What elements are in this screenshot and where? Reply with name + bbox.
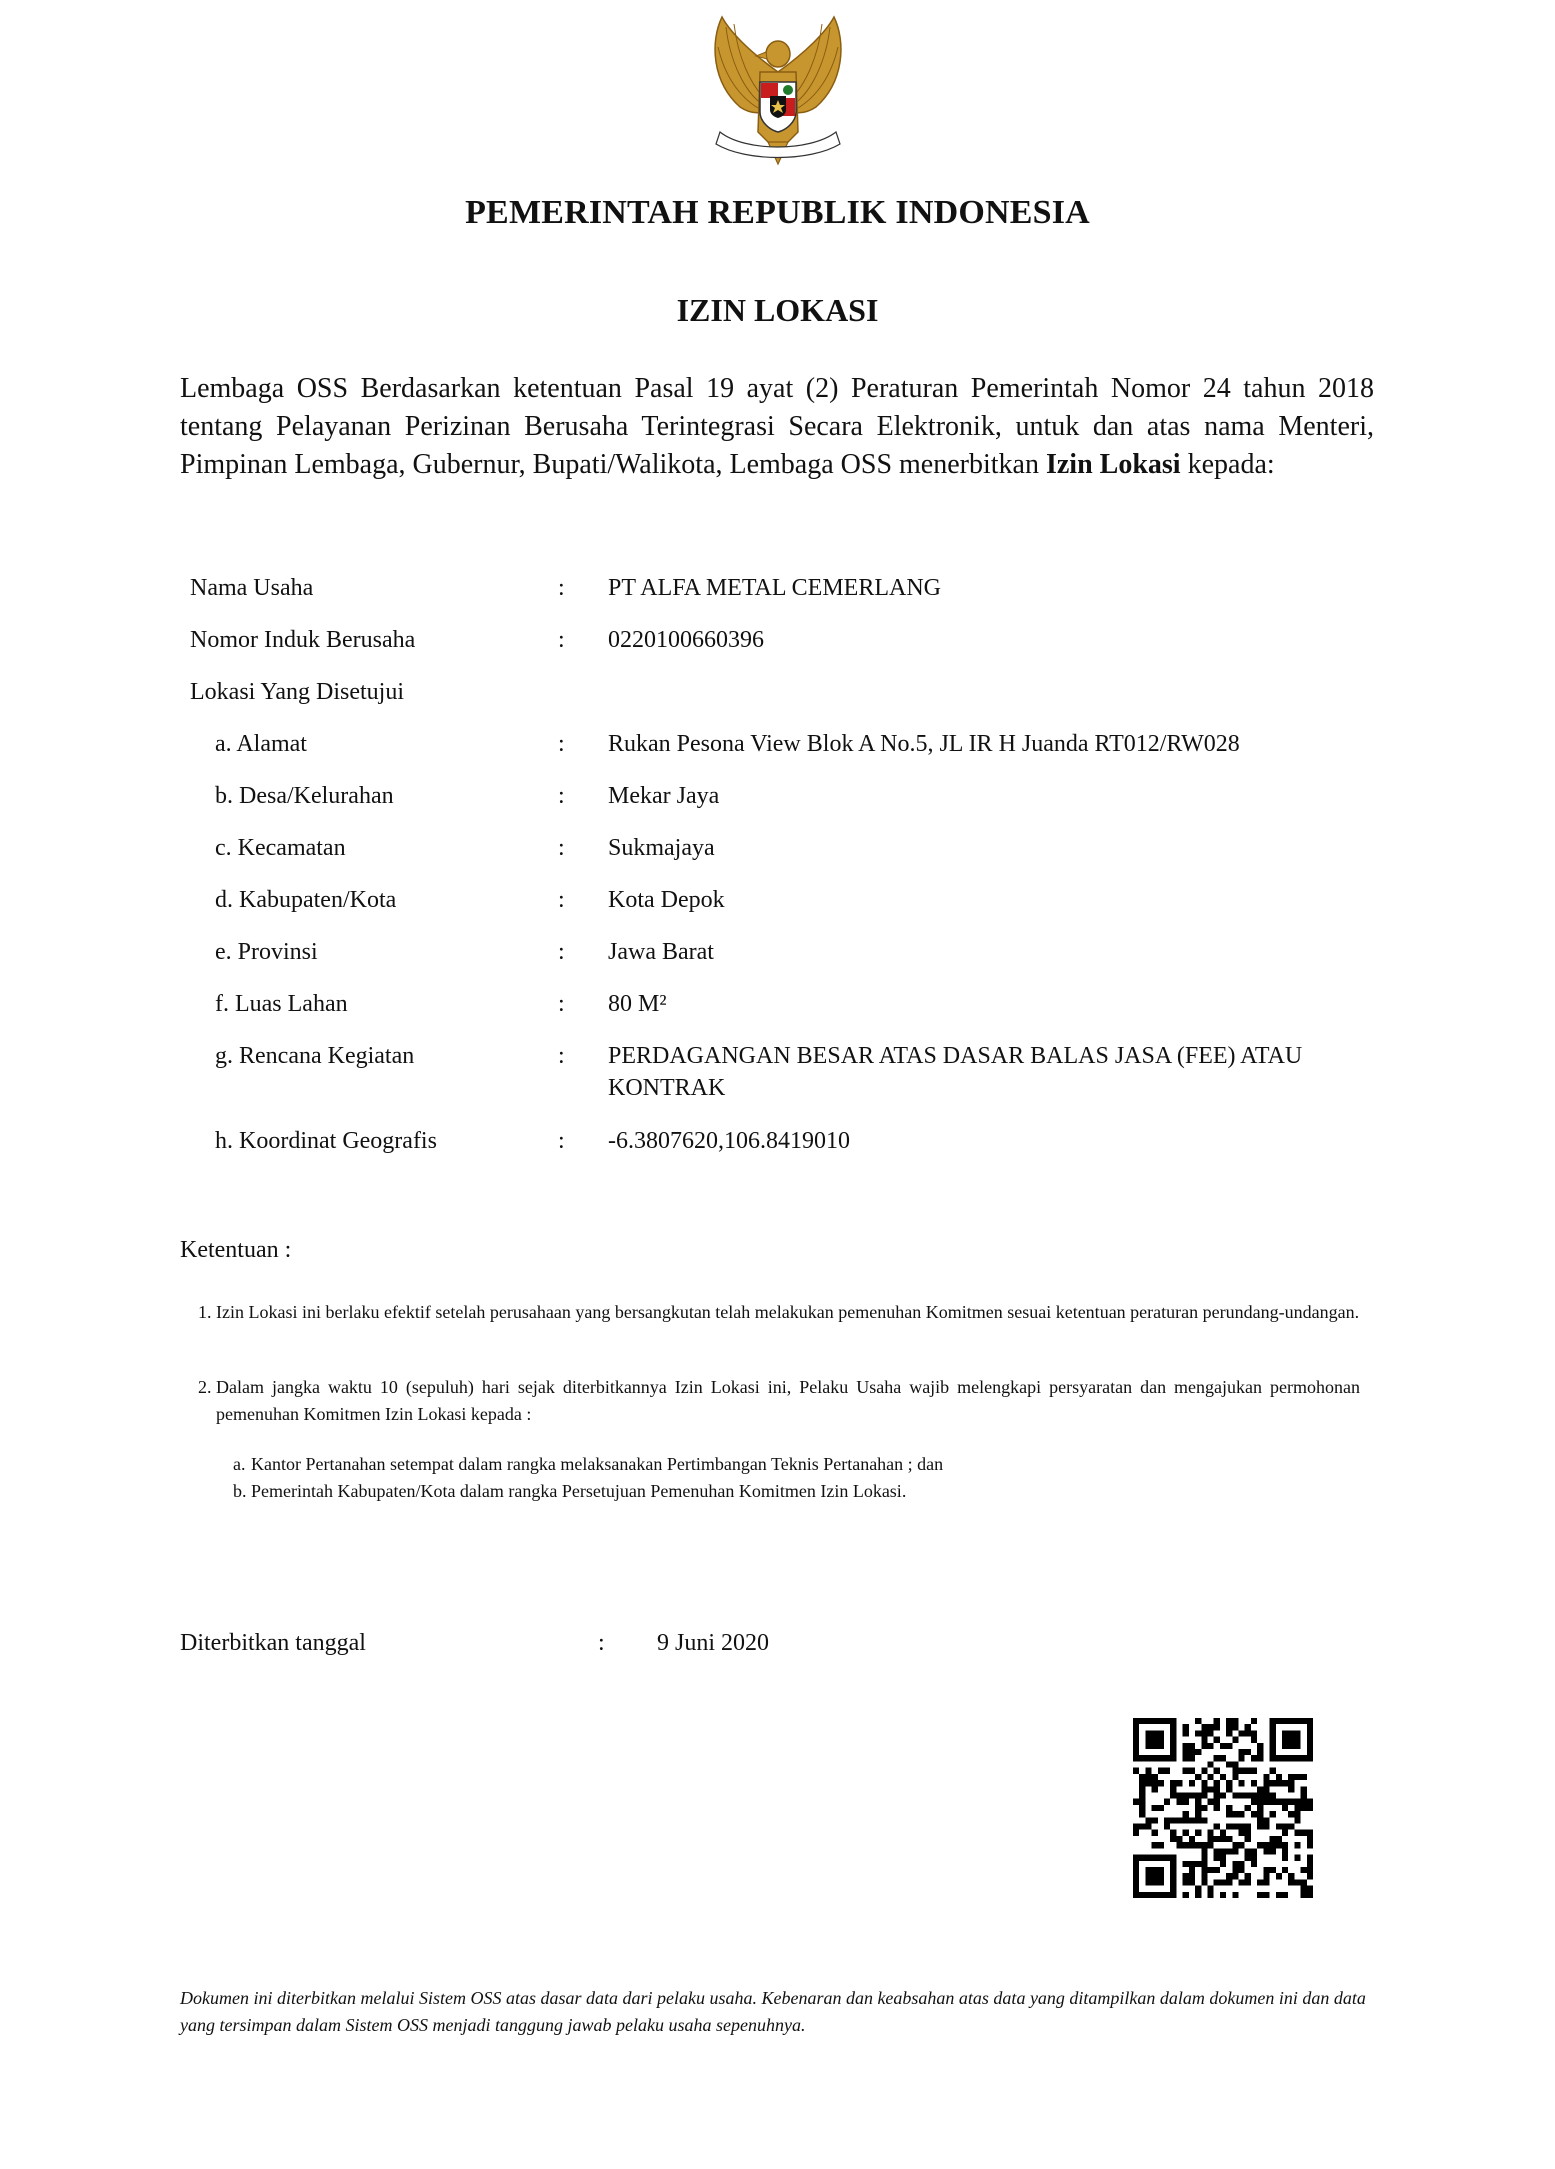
field-label: e. Provinsi	[215, 936, 318, 968]
item-number: b.	[233, 1478, 247, 1505]
item-text: Pemerintah Kabupaten/Kota dalam rangka P…	[233, 1478, 1333, 1505]
ketentuan-subitem-a: a. Kantor Pertanahan setempat dalam rang…	[233, 1451, 1333, 1478]
ketentuan-subitem-b: b. Pemerintah Kabupaten/Kota dalam rangk…	[233, 1478, 1333, 1505]
field-separator: :	[558, 832, 565, 864]
field-value-nib: 0220100660396	[608, 624, 1368, 656]
lokasi-heading: Lokasi Yang Disetujui	[190, 676, 404, 708]
field-value-kecamatan: Sukmajaya	[608, 832, 1368, 864]
field-value-desa: Mekar Jaya	[608, 780, 1368, 812]
issued-separator: :	[598, 1630, 605, 1657]
field-separator: :	[558, 780, 565, 812]
intro-paragraph: Lembaga OSS Berdasarkan ketentuan Pasal …	[180, 370, 1374, 484]
issued-date: 9 Juni 2020	[657, 1630, 769, 1657]
field-label: b. Desa/Kelurahan	[215, 780, 394, 812]
qr-code-icon	[1133, 1718, 1313, 1898]
item-number: 1.	[198, 1299, 212, 1326]
field-separator: :	[558, 884, 565, 916]
field-value-alamat: Rukan Pesona View Blok A No.5, JL IR H J…	[608, 728, 1368, 760]
field-value-nama-usaha: PT ALFA METAL CEMERLANG	[608, 572, 1368, 604]
ketentuan-item-1: 1. Izin Lokasi ini berlaku efektif setel…	[198, 1299, 1360, 1326]
item-text: Izin Lokasi ini berlaku efektif setelah …	[198, 1299, 1360, 1326]
item-number: 2.	[198, 1374, 212, 1401]
field-value-rencana-kegiatan: PERDAGANGAN BESAR ATAS DASAR BALAS JASA …	[608, 1040, 1368, 1104]
field-value-provinsi: Jawa Barat	[608, 936, 1368, 968]
field-separator: :	[558, 988, 565, 1020]
field-value-luas-lahan: 80 M²	[608, 988, 1368, 1020]
intro-suffix: kepada:	[1181, 449, 1275, 480]
field-separator: :	[558, 1040, 565, 1072]
issued-label: Diterbitkan tanggal	[180, 1630, 366, 1657]
field-separator: :	[558, 728, 565, 760]
field-label: h. Koordinat Geografis	[215, 1125, 437, 1157]
field-value-kabupaten: Kota Depok	[608, 884, 1368, 916]
intro-bold-izin-lokasi: Izin Lokasi	[1046, 449, 1181, 480]
government-title: PEMERINTAH REPUBLIK INDONESIA	[0, 194, 1555, 232]
field-label: a. Alamat	[215, 728, 307, 760]
field-label: Nama Usaha	[190, 572, 313, 604]
ketentuan-item-2: 2. Dalam jangka waktu 10 (sepuluh) hari …	[198, 1374, 1360, 1428]
item-text: Kantor Pertanahan setempat dalam rangka …	[233, 1451, 1333, 1478]
field-separator: :	[558, 936, 565, 968]
field-label: g. Rencana Kegiatan	[215, 1040, 414, 1072]
disclaimer-text: Dokumen ini diterbitkan melalui Sistem O…	[180, 1985, 1380, 2039]
item-number: a.	[233, 1451, 246, 1478]
field-label: Nomor Induk Berusaha	[190, 624, 415, 656]
garuda-emblem-icon	[700, 12, 856, 172]
field-separator: :	[558, 624, 565, 656]
document-title: IZIN LOKASI	[0, 292, 1555, 329]
item-text: Dalam jangka waktu 10 (sepuluh) hari sej…	[198, 1374, 1360, 1428]
field-separator: :	[558, 572, 565, 604]
ketentuan-title: Ketentuan :	[180, 1237, 291, 1264]
field-label: d. Kabupaten/Kota	[215, 884, 396, 916]
field-label: c. Kecamatan	[215, 832, 346, 864]
field-separator: :	[558, 1125, 565, 1157]
field-label: f. Luas Lahan	[215, 988, 348, 1020]
field-value-koordinat: -6.3807620,106.8419010	[608, 1125, 1368, 1157]
